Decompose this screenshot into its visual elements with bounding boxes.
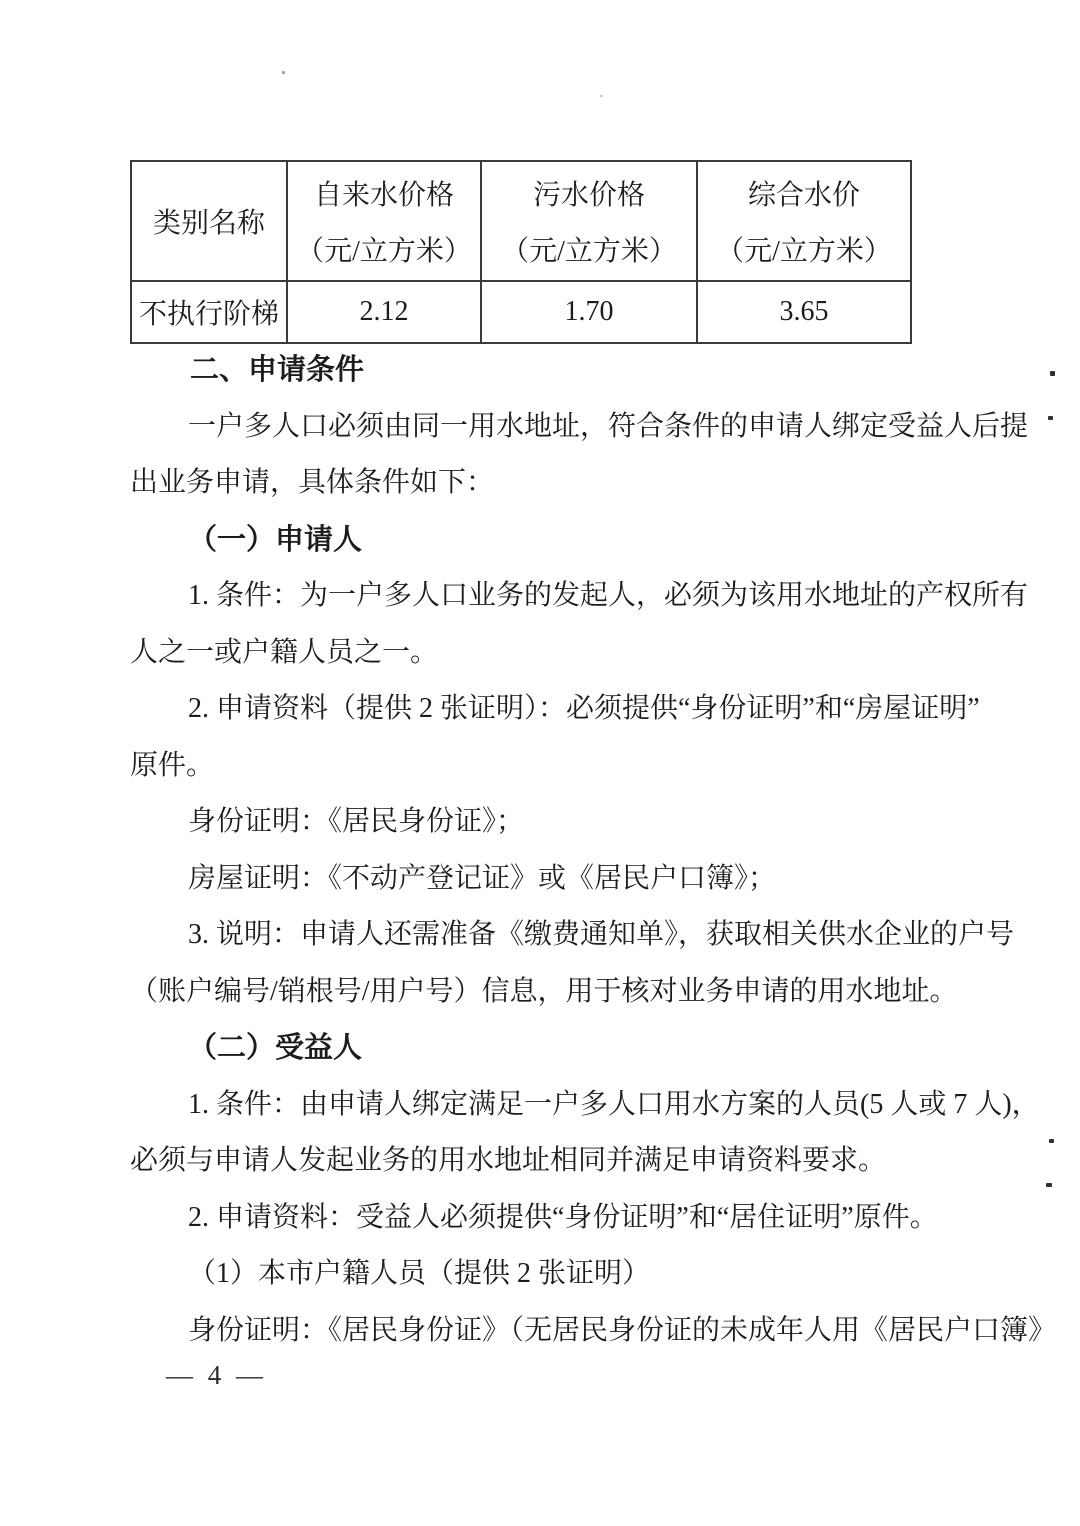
paragraph-line: 2. 申请资料：受益人必须提供“身份证明”和“居住证明”原件。	[130, 1190, 970, 1247]
paragraph-line: 1. 条件：由申请人绑定满足一户多人口用水方案的人员(5 人或 7 人)，	[130, 1077, 970, 1134]
table-header-sewage-unit: （元/立方米）	[501, 229, 677, 269]
paragraph-line: （账户编号/销根号/用户号）信息，用于核对业务申请的用水地址。	[130, 964, 970, 1021]
table-header-sewage-price: 污水价格 （元/立方米）	[481, 161, 697, 281]
paragraph-line: 房屋证明：《不动产登记证》或《居民户口簿》；	[130, 851, 970, 908]
table-header-comprehensive-price: 综合水价 （元/立方米）	[697, 161, 911, 281]
scan-speck	[1050, 371, 1055, 376]
document-body: 二、申请条件 一户多人口必须由同一用水地址，符合条件的申请人绑定受益人后提 出业…	[130, 342, 970, 1359]
table-header-category: 类别名称	[131, 161, 287, 281]
paragraph-line: 出业务申请，具体条件如下：	[130, 455, 970, 512]
paragraph-line: 必须与申请人发起业务的用水地址相同并满足申请资料要求。	[130, 1133, 970, 1190]
table-header-comprehensive-unit: （元/立方米）	[716, 229, 892, 269]
section-heading-application-conditions: 二、申请条件	[130, 342, 970, 399]
water-price-table: 类别名称 自来水价格 （元/立方米） 污水价格 （元/立方米） 综合水价 （元/…	[130, 160, 912, 344]
scan-speck	[282, 71, 285, 74]
paragraph-line: 原件。	[130, 738, 970, 795]
table-cell-sewage-value: 1.70	[481, 281, 697, 343]
table-cell-comprehensive-value: 3.65	[697, 281, 911, 343]
scan-speck	[1046, 1183, 1052, 1187]
scan-speck	[1049, 1139, 1054, 1143]
table-cell-tap-water-value: 2.12	[287, 281, 481, 343]
table-header-sewage-title: 污水价格	[533, 173, 645, 213]
paragraph-line: 身份证明：《居民身份证》（无居民身份证的未成年人用《居民户口簿》	[130, 1303, 970, 1360]
table-header-row: 类别名称 自来水价格 （元/立方米） 污水价格 （元/立方米） 综合水价 （元/…	[131, 161, 911, 281]
table-header-tap-water-price: 自来水价格 （元/立方米）	[287, 161, 481, 281]
scan-speck	[600, 95, 603, 97]
table-cell-category: 不执行阶梯	[131, 281, 287, 343]
paragraph-line: 3. 说明：申请人还需准备《缴费通知单》，获取相关供水企业的户号	[130, 907, 970, 964]
subsection-heading-applicant: （一）申请人	[130, 512, 970, 569]
subsection-heading-beneficiary: （二）受益人	[130, 1020, 970, 1077]
table-header-tap-water-unit: （元/立方米）	[296, 229, 472, 269]
paragraph-line: 一户多人口必须由同一用水地址，符合条件的申请人绑定受益人后提	[130, 399, 970, 456]
paragraph-line: 2. 申请资料（提供 2 张证明）：必须提供“身份证明”和“房屋证明”	[130, 681, 970, 738]
table-data-row: 不执行阶梯 2.12 1.70 3.65	[131, 281, 911, 343]
table-header-category-label: 类别名称	[153, 208, 265, 239]
table-header-comprehensive-title: 综合水价	[748, 173, 860, 213]
paragraph-line: 1. 条件：为一户多人口业务的发起人，必须为该用水地址的产权所有	[130, 568, 970, 625]
paragraph-line: （1）本市户籍人员（提供 2 张证明）	[130, 1246, 970, 1303]
paragraph-line: 人之一或户籍人员之一。	[130, 625, 970, 682]
table-header-tap-water-title: 自来水价格	[314, 173, 454, 213]
document-page: 类别名称 自来水价格 （元/立方米） 污水价格 （元/立方米） 综合水价 （元/…	[0, 0, 1080, 1526]
paragraph-line: 身份证明：《居民身份证》；	[130, 794, 970, 851]
page-number: — 4 —	[166, 1360, 267, 1391]
scan-speck	[1048, 416, 1053, 420]
